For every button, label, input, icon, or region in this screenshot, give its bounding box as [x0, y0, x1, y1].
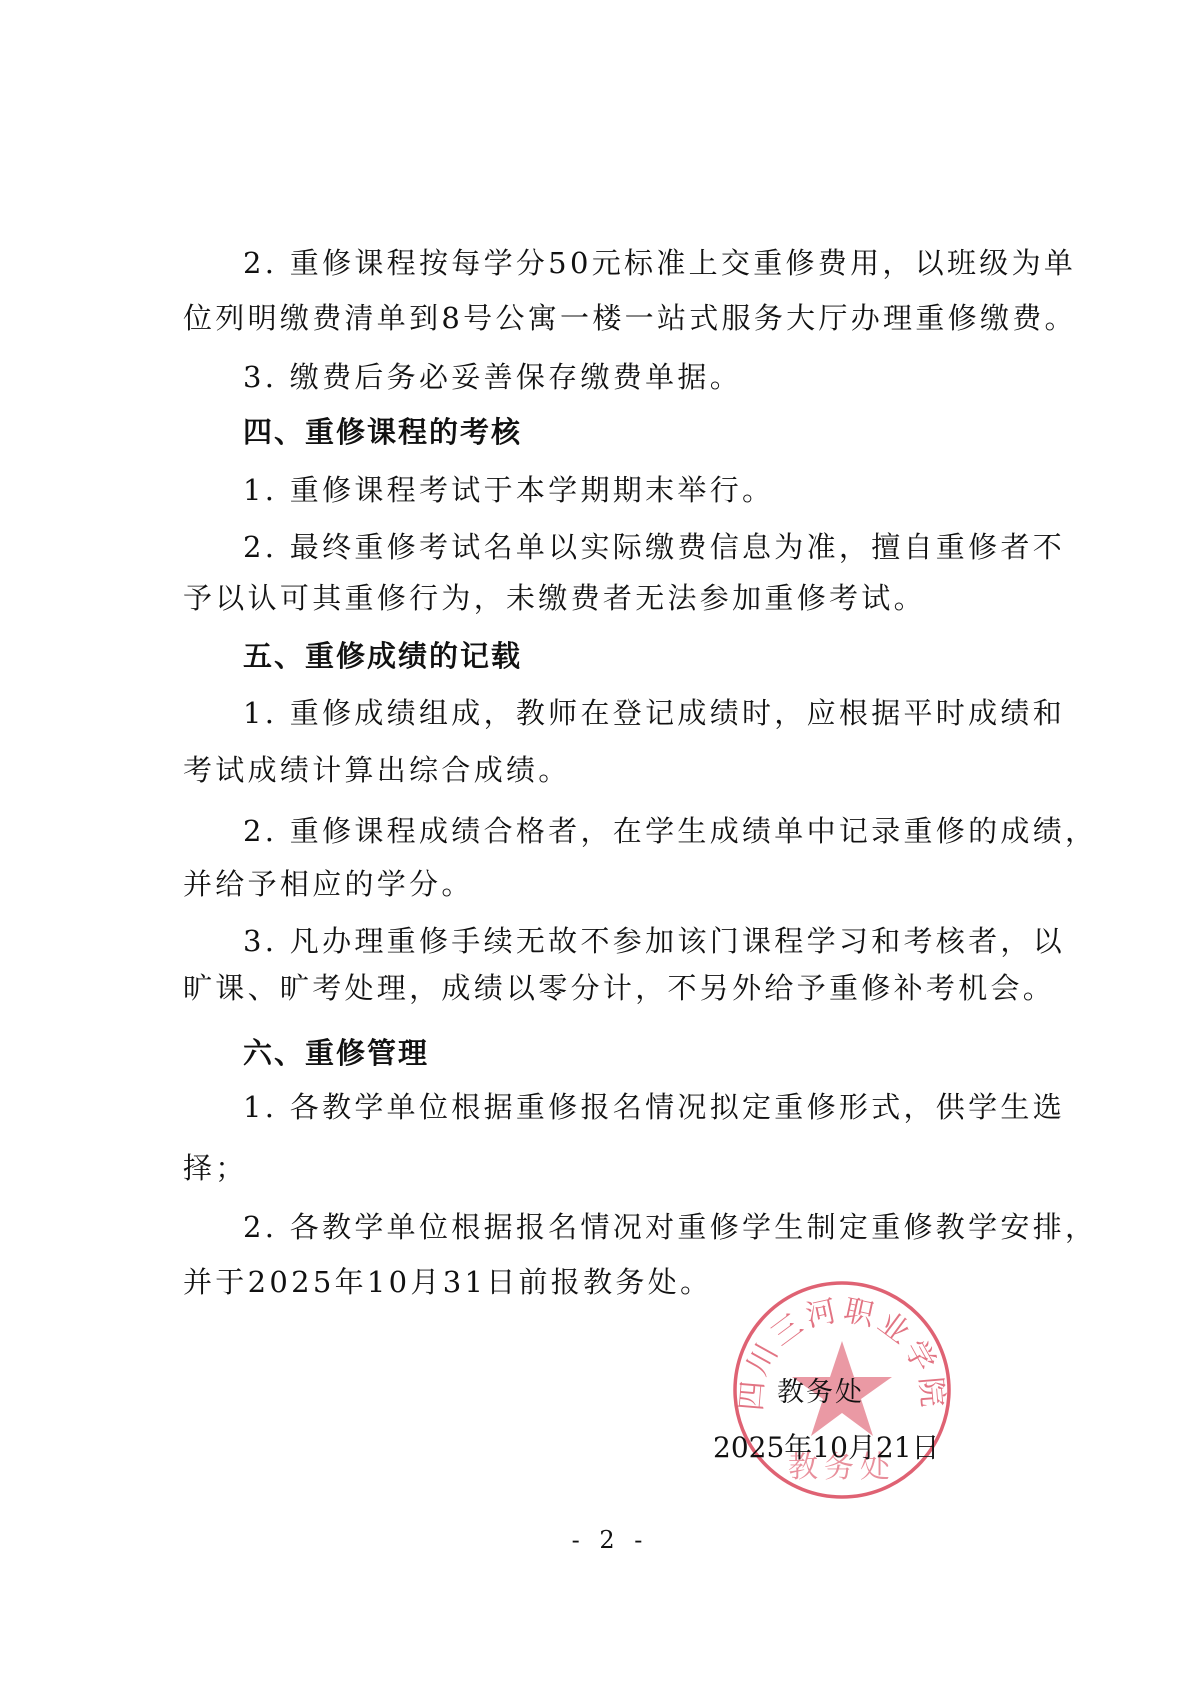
paragraph-line: 位列明缴费清单到8号公寓一楼一站式服务大厅办理重修缴费。 — [183, 300, 1063, 336]
paragraph-line: 考试成绩计算出综合成绩。 — [183, 752, 1063, 788]
paragraph-line: 2. 重修课程成绩合格者，在学生成绩单中记录重修的成绩， — [243, 813, 1123, 849]
paragraph-line: 旷课、旷考处理，成绩以零分计，不另外给予重修补考机会。 — [183, 970, 1063, 1006]
paragraph-line: 1. 重修课程考试于本学期期末举行。 — [243, 472, 1123, 508]
paragraph-line: 1. 重修成绩组成，教师在登记成绩时，应根据平时成绩和 — [243, 695, 1123, 731]
paragraph-line: 2. 最终重修考试名单以实际缴费信息为准，擅自重修者不 — [243, 529, 1123, 565]
paragraph-line: 2. 重修课程按每学分50元标准上交重修费用，以班级为单 — [243, 245, 1123, 281]
paragraph-line: 予以认可其重修行为，未缴费者无法参加重修考试。 — [183, 580, 1063, 616]
paragraph-line: 1. 各教学单位根据重修报名情况拟定重修形式，供学生选 — [243, 1089, 1123, 1125]
paragraph-line: 2. 各教学单位根据报名情况对重修学生制定重修教学安排， — [243, 1209, 1123, 1245]
paragraph-line: 并给予相应的学分。 — [183, 866, 1063, 902]
section-heading: 四、重修课程的考核 — [243, 414, 1123, 450]
signature-department: 教务处 — [777, 1376, 864, 1410]
page-number: - 2 - — [560, 1526, 660, 1554]
signature-date: 2025年10月21日 — [713, 1431, 940, 1465]
section-heading: 六、重修管理 — [243, 1035, 1123, 1071]
section-heading: 五、重修成绩的记载 — [243, 638, 1123, 674]
paragraph-line: 3. 凡办理重修手续无故不参加该门课程学习和考核者，以 — [243, 923, 1123, 959]
paragraph-line: 3. 缴费后务必妥善保存缴费单据。 — [243, 359, 1123, 395]
paragraph-line: 择； — [183, 1150, 1063, 1186]
